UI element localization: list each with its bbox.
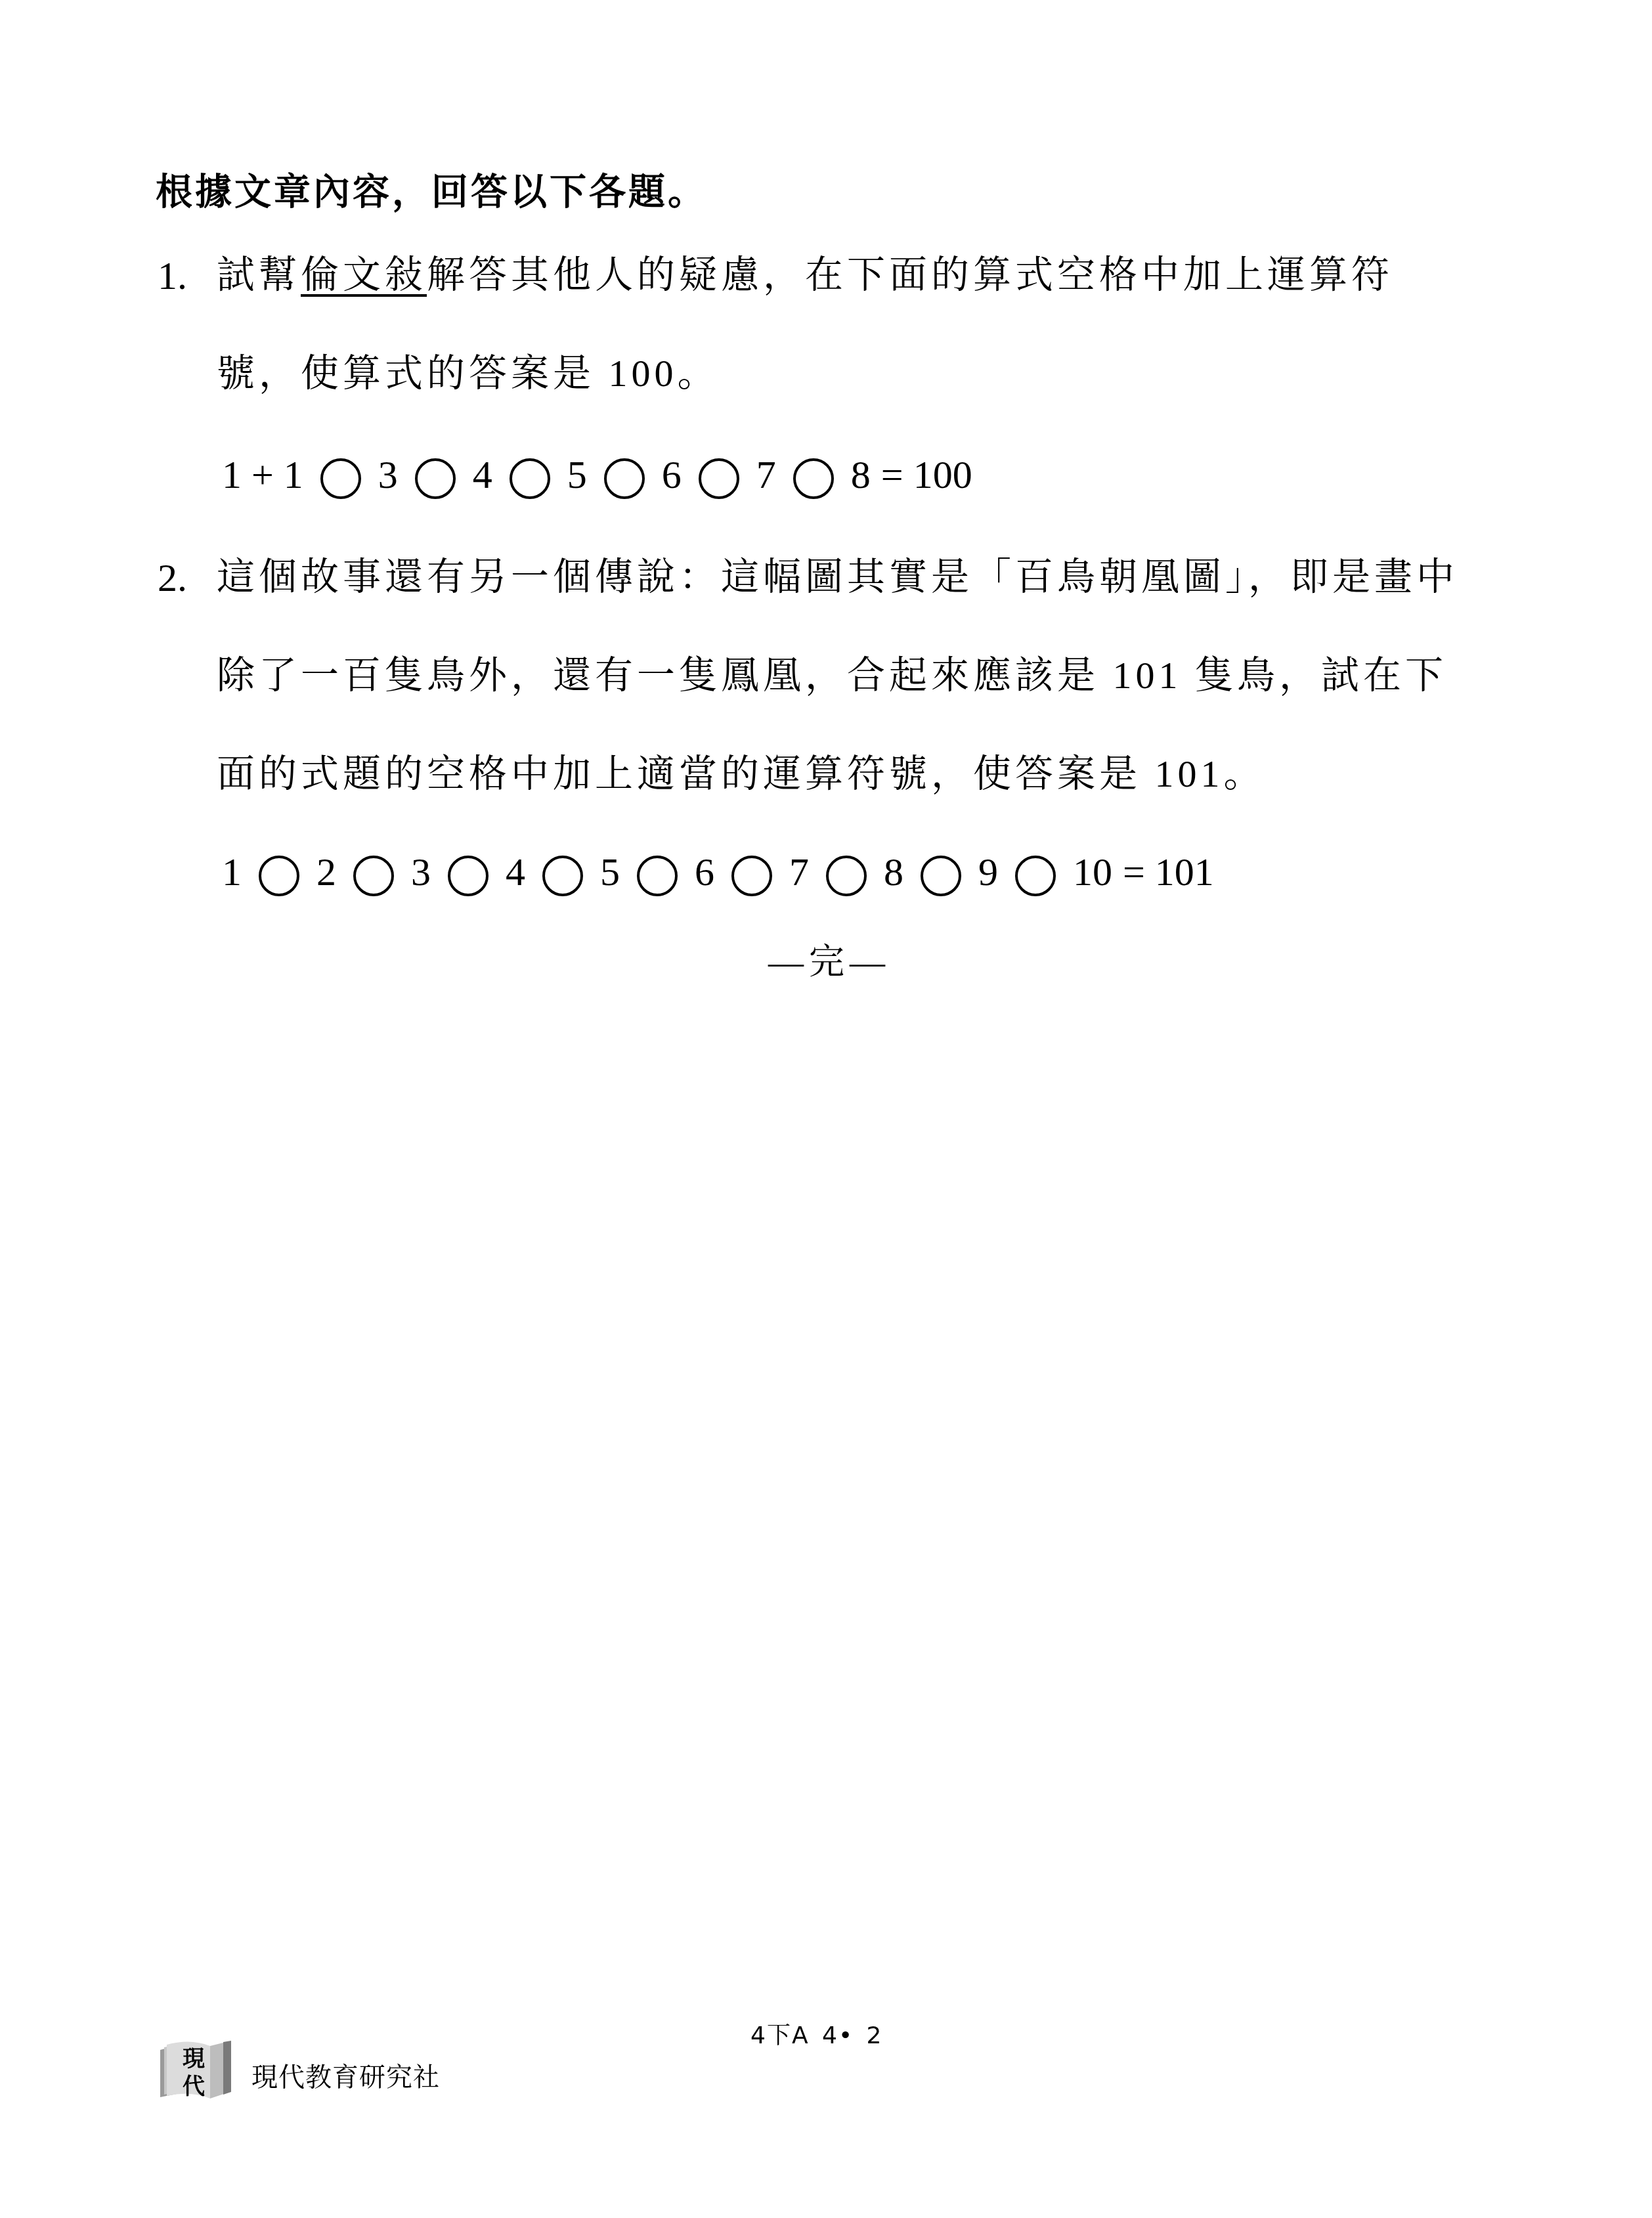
equation-operand: 3 bbox=[378, 455, 398, 494]
operator-blank-circle[interactable] bbox=[921, 856, 961, 896]
question-1-number: 1. bbox=[158, 256, 187, 295]
operator-blank-circle[interactable] bbox=[793, 458, 834, 499]
publisher-name: 現代教育研究社 bbox=[251, 2056, 440, 2094]
operator-blank-circle[interactable] bbox=[731, 856, 772, 896]
operator-blank-circle[interactable] bbox=[259, 856, 299, 896]
question-1-text-before: 試幫 bbox=[217, 253, 301, 296]
question-2-line-1: 這個故事還有另一個傳說：這幅圖其實是「百鳥朝凰圖」，即是畫中 bbox=[217, 558, 1458, 596]
logo-char-2: 代 bbox=[183, 2068, 205, 2100]
equation-operand: 3 bbox=[411, 852, 431, 892]
equation-operand: 4 bbox=[473, 455, 492, 494]
question-2-line-2: 除了一百隻鳥外，還有一隻鳳凰，合起來應該是 101 隻鳥，試在下 bbox=[217, 657, 1447, 695]
operator-blank-circle[interactable] bbox=[320, 458, 361, 499]
operator-blank-circle[interactable] bbox=[1015, 856, 1056, 896]
equation-operand: 2 bbox=[316, 852, 336, 892]
equation-operand: 9 bbox=[978, 852, 998, 892]
operator-blank-circle[interactable] bbox=[604, 458, 645, 499]
question-1-text-after: 解答其他人的疑慮，在下面的算式空格中加上運算符 bbox=[427, 253, 1393, 296]
operator-blank-circle[interactable] bbox=[637, 856, 678, 896]
operator-blank-circle[interactable] bbox=[353, 856, 394, 896]
equation-operand: 8 bbox=[884, 852, 903, 892]
question-1-equation: 1 + 1 345678= 100 bbox=[222, 454, 972, 495]
operator-blank-circle[interactable] bbox=[415, 458, 456, 499]
equation-prefix: 1 bbox=[222, 852, 242, 892]
operator-blank-circle[interactable] bbox=[699, 458, 739, 499]
instruction-heading: 根據文章內容，回答以下各題。 bbox=[156, 163, 707, 215]
question-2-equation: 1 2345678910= 101 bbox=[222, 852, 1214, 892]
publisher-logo: 現 代 bbox=[158, 2038, 235, 2101]
equation-result: = 100 bbox=[881, 455, 972, 494]
question-1-line-1: 試幫倫文敍解答其他人的疑慮，在下面的算式空格中加上運算符 bbox=[217, 256, 1393, 294]
equation-operand: 7 bbox=[756, 455, 776, 494]
equation-operand: 5 bbox=[567, 455, 587, 494]
equation-operand: 7 bbox=[789, 852, 809, 892]
name-underlined: 倫文敍 bbox=[301, 253, 427, 296]
operator-blank-circle[interactable] bbox=[542, 856, 583, 896]
equation-operand: 6 bbox=[695, 852, 714, 892]
question-2-line-3: 面的式題的空格中加上適當的運算符號，使答案是 101。 bbox=[217, 755, 1266, 793]
operator-blank-circle[interactable] bbox=[448, 856, 489, 896]
equation-operand: 4 bbox=[506, 852, 525, 892]
equation-operand: 6 bbox=[662, 455, 682, 494]
question-2-number: 2. bbox=[158, 558, 187, 598]
end-mark: —完— bbox=[768, 934, 890, 984]
equation-operand: 5 bbox=[600, 852, 620, 892]
operator-blank-circle[interactable] bbox=[826, 856, 867, 896]
equation-prefix: 1 + 1 bbox=[222, 455, 303, 494]
question-1-line-2: 號，使算式的答案是 100。 bbox=[217, 355, 720, 393]
equation-operand: 8 bbox=[851, 455, 871, 494]
operator-blank-circle[interactable] bbox=[510, 458, 550, 499]
equation-operand: 10 bbox=[1073, 852, 1112, 892]
equation-result: = 101 bbox=[1123, 852, 1214, 892]
page-code: 4下A 4• 2 bbox=[750, 2017, 882, 2051]
